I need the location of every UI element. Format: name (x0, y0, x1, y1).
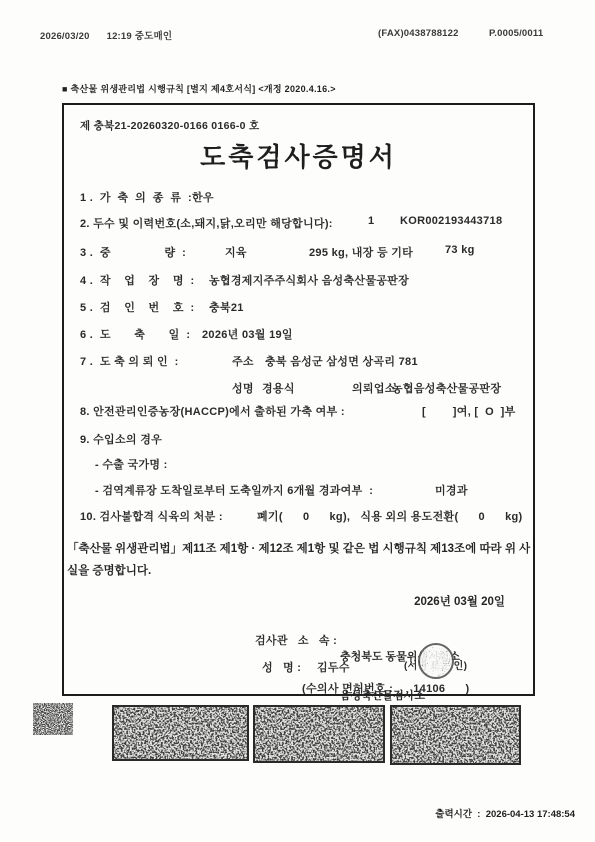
item7-name-label: 성명 (232, 380, 254, 396)
veterinarian-license-number: (수의사 면허번호 : 14106 ) (302, 680, 469, 696)
item2-label: 2. 두수 및 이력번호(소,돼지,닭,오리만 해당합니다): (80, 215, 333, 231)
item8-checkbox-value: [ ]여, [ O ]부 (422, 403, 516, 419)
item7-shop: 농협음성축산물공판장 (392, 380, 501, 396)
item7-address: 충북 음성군 삼성면 상곡리 781 (265, 353, 418, 369)
item4-value: 농협경제지주주식회사 음성축산물공판장 (209, 272, 409, 288)
item7-name: 경용식 (262, 380, 295, 396)
inspector-affiliation-label: 검사관 소 속 : (255, 632, 337, 648)
item6-value: 2026년 03월 19일 (202, 326, 293, 342)
item6-label: 6 . 도 축 일 : (80, 326, 190, 342)
item2-traceability-id: KOR002193443718 (400, 215, 502, 227)
item2-count: 1 (368, 215, 374, 227)
seal-texture (420, 645, 452, 677)
item5-label: 5 . 검 인 번 호 : (80, 299, 195, 315)
item3-label: 3 . 중 량 : (80, 244, 186, 260)
fax-document-page: 2026/03/20 12:19 중도매인 (FAX)0438788122 P.… (0, 0, 595, 842)
item9-quarantine-label: - 검역계류장 도착일로부터 도축일까지 6개월 경과여부 : (95, 482, 373, 498)
item7-shop-label: 의뢰업소 (352, 380, 396, 396)
item10-label: 10. 검사불합격 식육의 처분 : (80, 508, 223, 524)
scan-code-small-block (33, 703, 73, 735)
item3-offal-weight: 73 kg (445, 244, 475, 256)
item7-address-label: 주소 (232, 353, 254, 369)
fax-number: (FAX)0438788122 (378, 28, 459, 39)
item3-carcass-label: 지육 (225, 244, 247, 260)
certification-statement: 「축산물 위생관리법」제11조 제1항 · 제12조 제1항 및 같은 법 시행… (67, 538, 531, 582)
form-reference-note: ■ 축산물 위생관리법 시행규칙 [별지 제4호서식] <개정 2020.4.1… (62, 82, 336, 95)
item10-value: 폐기( 0 kg), 식용 외의 용도전환( 0 kg) (257, 508, 523, 524)
official-seal-stamp (418, 643, 454, 679)
issue-date: 2026년 03월 20일 (414, 593, 505, 609)
certificate-title: 도축검사증명서 (64, 137, 533, 174)
print-timestamp: 출력시간 : 2026-04-13 17:48:54 (435, 806, 575, 820)
certificate-number: 제 충북21-20260320-0166 0166-0 호 (80, 118, 259, 133)
barcode-noise-block-1 (112, 705, 249, 761)
item7-label: 7 . 도 축 의 뢰 인 : (80, 353, 179, 369)
item9-label: 9. 수입소의 경우 (80, 431, 162, 447)
noise-texture (255, 707, 383, 761)
fax-page-counter: P.0005/0011 (489, 28, 543, 39)
certificate-box: 제 충북21-20260320-0166 0166-0 호 도축검사증명서 1 … (62, 103, 535, 696)
item8-label: 8. 안전관리인증농장(HACCP)에서 출하된 가축 여부 : (80, 403, 345, 419)
noise-texture (33, 703, 73, 735)
item4-label: 4 . 작 업 장 명 : (80, 272, 195, 288)
item5-value: 충북21 (209, 299, 244, 315)
item3-carcass-weight: 295 kg, 내장 등 기타 (309, 244, 413, 260)
inspector-name-label: 성 명 : (262, 659, 301, 675)
item1-label: 1 . 가 축 의 종 류 : (80, 189, 192, 205)
inspector-name: 김두수 (317, 659, 350, 675)
noise-texture (392, 707, 519, 763)
barcode-noise-block-2 (253, 705, 385, 763)
barcode-noise-block-3 (390, 705, 521, 765)
item9-quarantine-value: 미경과 (435, 482, 468, 498)
item9-export-country: - 수출 국가명 : (95, 456, 168, 472)
fax-sent-datetime: 2026/03/20 12:19 중도매인 (40, 28, 172, 42)
item1-value: 한우 (192, 189, 214, 205)
noise-texture (114, 707, 247, 759)
